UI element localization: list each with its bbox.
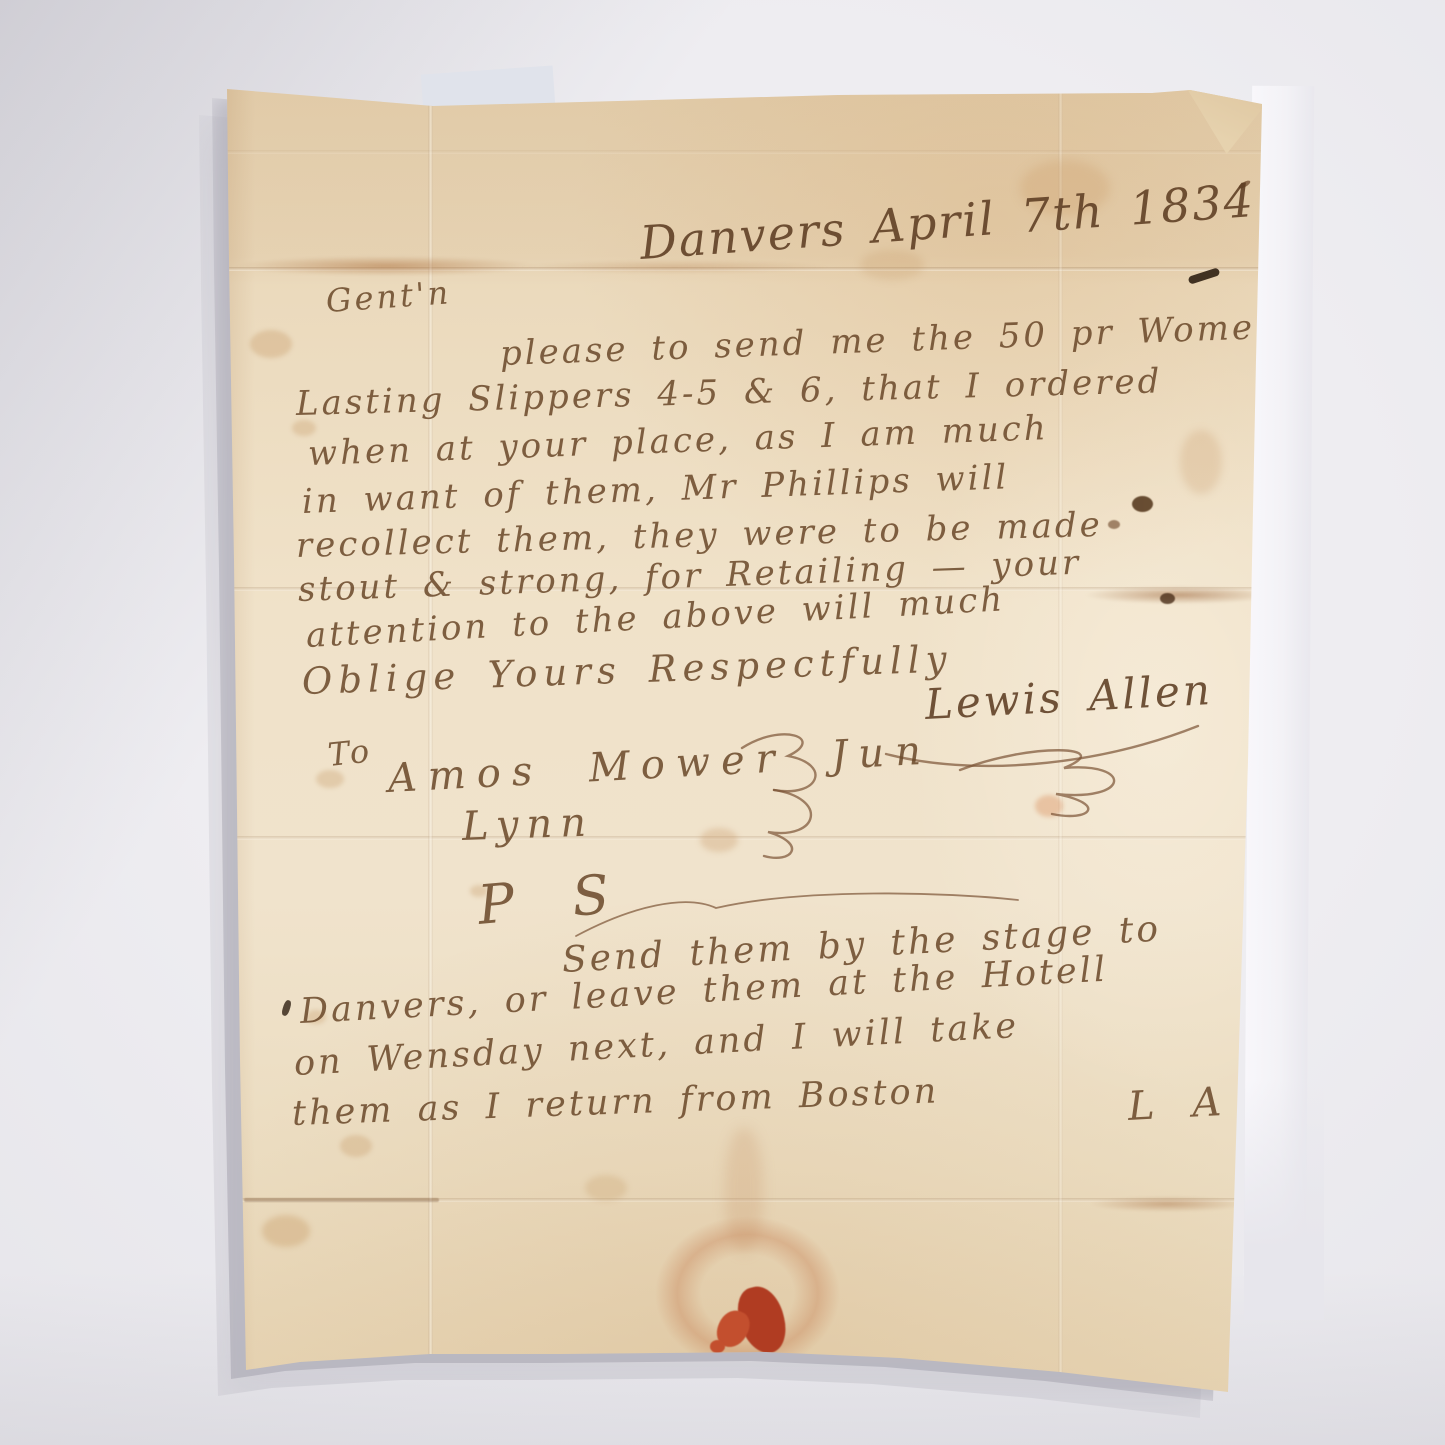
stain-crease-bottom-left (244, 1198, 439, 1202)
recipient-place: Lynn (461, 799, 595, 850)
underlying-sheet-fade (1244, 1080, 1324, 1320)
ink-blot (1132, 496, 1153, 512)
stain-streak-right (1085, 586, 1275, 604)
ink-blot (1160, 593, 1175, 604)
foxing-spot (262, 1215, 310, 1247)
foxing-spot (585, 1175, 627, 1201)
stain-crease-left (236, 256, 536, 276)
postscript-line: them as I return from Boston (291, 1071, 940, 1134)
foxing-spot (340, 1135, 372, 1157)
ink-tick-mark (281, 999, 293, 1016)
address-to: To (326, 731, 374, 773)
photo-of-letter: Danvers April 7th 1834 Gent'n please to … (0, 0, 1445, 1445)
stain-crease-bottom-right (1090, 1196, 1245, 1212)
body-line: please to send me the 50 pr Womens (499, 306, 1301, 374)
salutation: Gent'n (325, 273, 453, 320)
wax-seal-dot (710, 1340, 725, 1353)
address-brace-flourish (726, 728, 851, 873)
recipient-name: Amos Mower Jun (387, 728, 933, 802)
foxing-spot (250, 330, 292, 358)
closing-initials: L A (1127, 1079, 1230, 1130)
ink-blot (1108, 520, 1120, 529)
foxing-spot (860, 250, 924, 280)
letter-paper: Danvers April 7th 1834 Gent'n please to … (227, 88, 1263, 1393)
dateline: Danvers April 7th 1834 (638, 173, 1256, 270)
foxing-spot (1180, 430, 1222, 494)
fold-crease-horizontal-top (227, 150, 1263, 154)
seal-neck-stain (725, 1128, 763, 1253)
